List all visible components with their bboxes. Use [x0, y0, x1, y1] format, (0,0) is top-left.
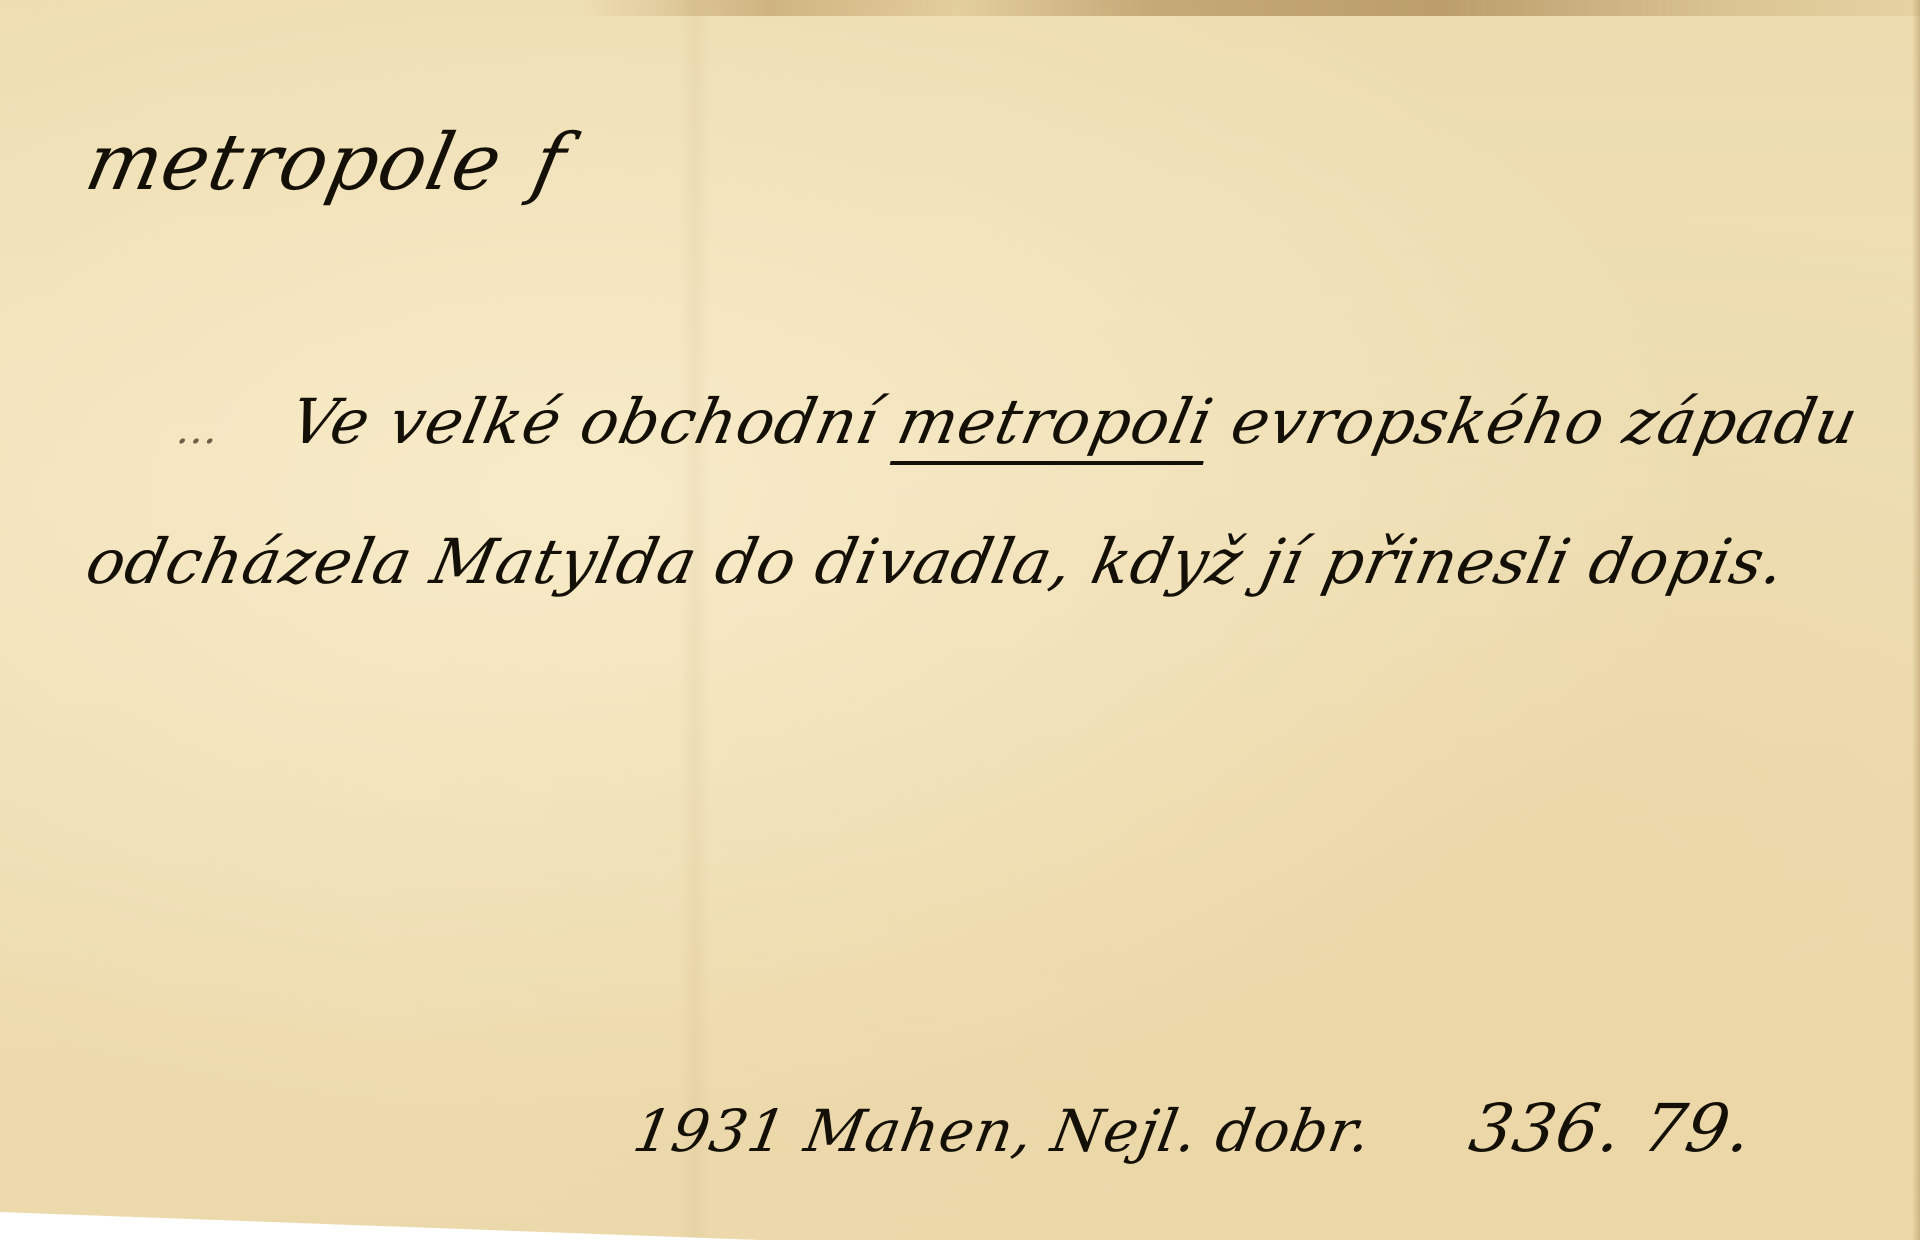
quote-headword-occurrence: metropoli	[891, 385, 1220, 458]
citation: 1931 Mahen, Nejl. dobr. 336. 79.	[628, 1090, 1758, 1167]
quote-ellipsis: ...	[173, 407, 224, 453]
scan-top-edge	[0, 0, 1920, 16]
paper-fold	[680, 0, 710, 1240]
quote-text-before: Ve velké obchodní	[284, 385, 886, 458]
citation-source: Mahen, Nejl. dobr.	[800, 1097, 1377, 1165]
grammatical-gender: f	[525, 118, 574, 208]
scan-corner-background	[0, 1212, 760, 1240]
scan-right-edge	[1912, 0, 1920, 1240]
quote-text-after: evropského západu	[1225, 385, 1865, 458]
citation-year: 1931	[629, 1097, 793, 1165]
quote-line-1: ... Ve velké obchodní metropoli evropské…	[172, 385, 1865, 458]
quote-line-2: odcházela Matylda do divadla, když jí př…	[80, 525, 1792, 598]
citation-reference: 336. 79.	[1464, 1090, 1758, 1167]
quote-text-line2: odcházela Matylda do divadla, když jí př…	[80, 525, 1792, 598]
excerpt-card: metropolef ... Ve velké obchodní metropo…	[0, 0, 1920, 1240]
headword: metropole	[78, 118, 510, 208]
headword-line: metropolef	[78, 118, 574, 208]
